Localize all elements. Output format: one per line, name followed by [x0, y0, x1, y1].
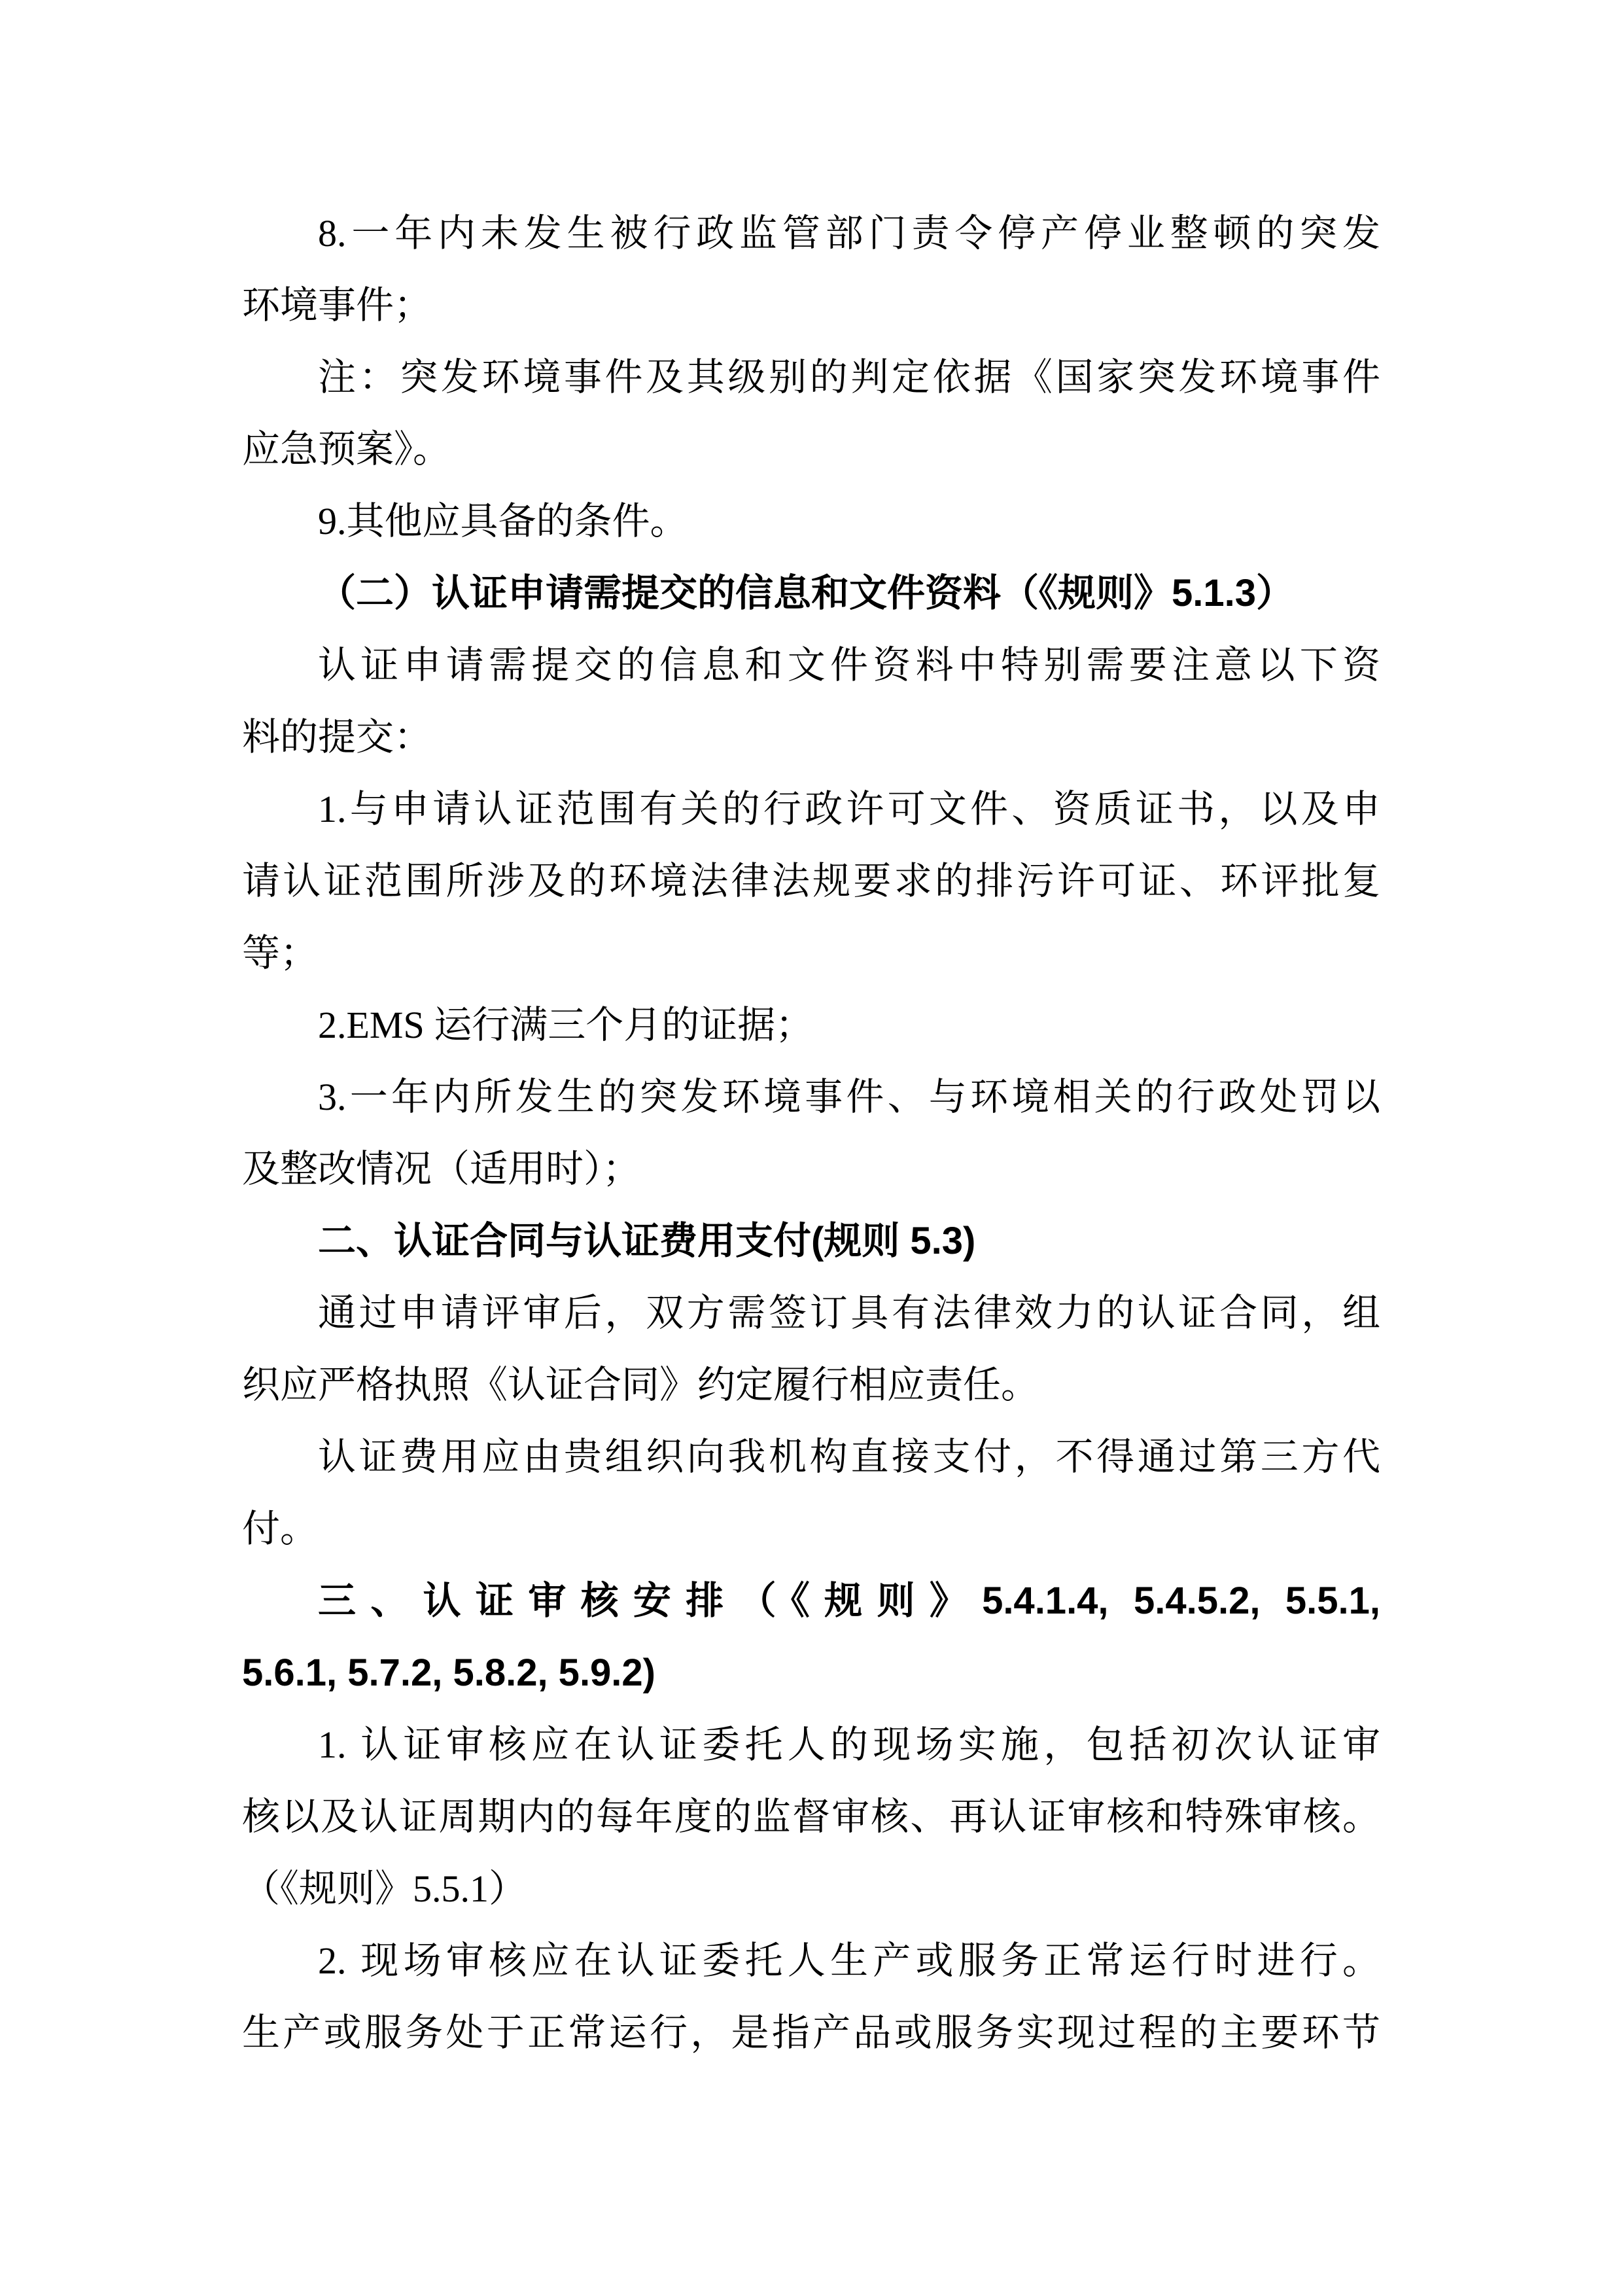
text-line: 及整改情况（适用时）； — [242, 1133, 1380, 1205]
text-line: 付。 — [242, 1493, 1380, 1565]
text-line: 料的提交： — [242, 701, 1380, 773]
text-line: 等； — [242, 917, 1380, 989]
document-text-block: 8.一年内未发生被行政监管部门责令停产停业整顿的突发环境事件；注：突发环境事件及… — [242, 198, 1380, 2069]
text-line: 2. 现场审核应在认证委托人生产或服务正常运行时进行。 — [242, 1925, 1380, 1997]
text-line: 认证费用应由贵组织向我机构直接支付，不得通过第三方代 — [242, 1421, 1380, 1493]
heading-line: 三、认证审核安排（《规则》5.4.1.4, 5.4.5.2, 5.5.1, — [242, 1565, 1380, 1637]
heading-line: （二）认证申请需提交的信息和文件资料（《规则》5.1.3） — [242, 557, 1380, 629]
text-line: （《规则》5.5.1） — [242, 1853, 1380, 1925]
heading-line: 5.6.1, 5.7.2, 5.8.2, 5.9.2) — [242, 1637, 1380, 1709]
text-line: 8.一年内未发生被行政监管部门责令停产停业整顿的突发 — [242, 198, 1380, 270]
heading-line: 二、认证合同与认证费用支付(规则 5.3) — [242, 1205, 1380, 1277]
text-line: 织应严格执照《认证合同》约定履行相应责任。 — [242, 1349, 1380, 1421]
text-line: 2.EMS 运行满三个月的证据； — [242, 989, 1380, 1061]
text-line: 请认证范围所涉及的环境法律法规要求的排污许可证、环评批复 — [242, 845, 1380, 917]
text-line: 生产或服务处于正常运行，是指产品或服务实现过程的主要环节 — [242, 1997, 1380, 2069]
text-line: 3.一年内所发生的突发环境事件、与环境相关的行政处罚以 — [242, 1061, 1380, 1133]
text-line: 核以及认证周期内的每年度的监督审核、再认证审核和特殊审核。 — [242, 1781, 1380, 1853]
text-line: 通过申请评审后，双方需签订具有法律效力的认证合同，组 — [242, 1277, 1380, 1349]
text-line: 1. 认证审核应在认证委托人的现场实施，包括初次认证审 — [242, 1709, 1380, 1781]
text-line: 注：突发环境事件及其级别的判定依据《国家突发环境事件 — [242, 342, 1380, 414]
document-page: 8.一年内未发生被行政监管部门责令停产停业整顿的突发环境事件；注：突发环境事件及… — [0, 0, 1623, 2296]
text-line: 1.与申请认证范围有关的行政许可文件、资质证书，以及申 — [242, 773, 1380, 845]
text-line: 应急预案》。 — [242, 414, 1380, 486]
text-line: 环境事件； — [242, 270, 1380, 342]
text-line: 9.其他应具备的条件。 — [242, 486, 1380, 557]
text-line: 认证申请需提交的信息和文件资料中特别需要注意以下资 — [242, 629, 1380, 701]
